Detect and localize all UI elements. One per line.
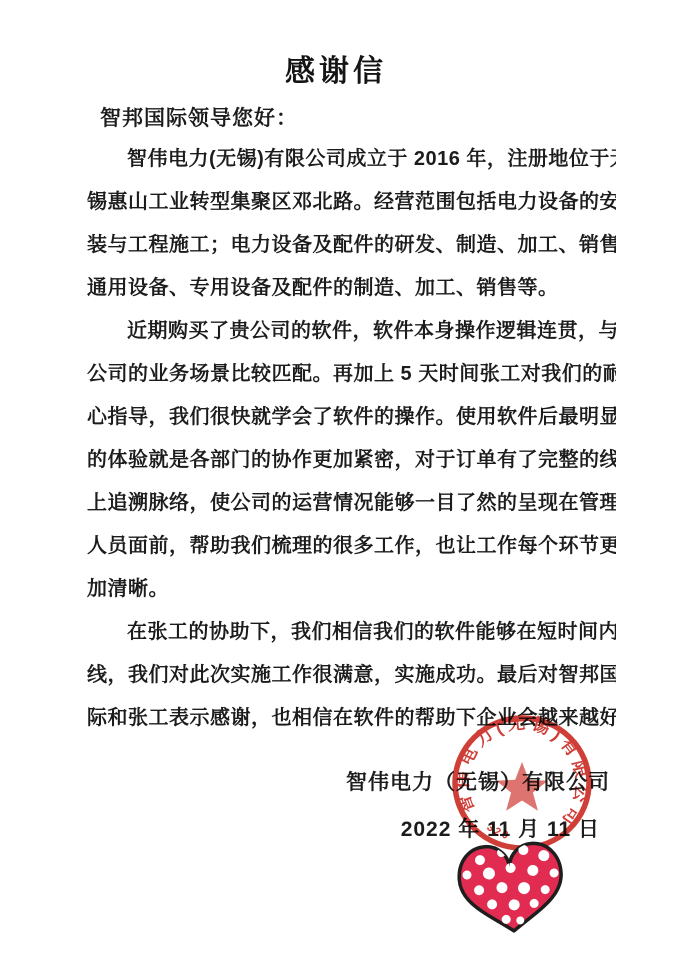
salutation: 智邦国际领导您好： (100, 102, 298, 132)
company-seal-stamp: 智伟电力(无锡)有限公司 320 (449, 713, 595, 855)
body-line: 通用设备、专用设备及配件的制造、加工、销售等。 (87, 267, 616, 310)
body-line: 公司的业务场景比较匹配。再加上 5 天时间张工对我们的耐 (87, 353, 616, 396)
body-line: 智伟电力(无锡)有限公司成立于 2016 年，注册地位于无 (87, 138, 616, 181)
body-line: 线，我们对此次实施工作很满意，实施成功。最后对智邦国 (87, 654, 616, 697)
letter-title: 感谢信 (0, 46, 672, 90)
body-line: 上追溯脉络，使公司的运营情况能够一目了然的呈现在管理 (87, 482, 616, 525)
body-line: 近期购买了贵公司的软件，软件本身操作逻辑连贯，与 (87, 310, 616, 353)
body-line: 锡惠山工业转型集聚区邓北路。经营范围包括电力设备的安 (87, 181, 616, 224)
letter-body: 智伟电力(无锡)有限公司成立于 2016 年，注册地位于无锡惠山工业转型集聚区邓… (87, 138, 616, 740)
body-line: 的体验就是各部门的协作更加紧密，对于订单有了完整的线 (87, 439, 616, 482)
heart-sticker (449, 836, 573, 940)
body-line: 心指导，我们很快就学会了软件的操作。使用软件后最明显 (87, 396, 616, 439)
letter-page: 感谢信 智邦国际领导您好： 智伟电力(无锡)有限公司成立于 2016 年，注册地… (0, 0, 700, 979)
body-line: 在张工的协助下，我们相信我们的软件能够在短时间内上 (87, 611, 616, 654)
body-line: 装与工程施工；电力设备及配件的研发、制造、加工、销售； (87, 224, 616, 267)
body-line: 人员面前，帮助我们梳理的很多工作，也让工作每个环节更 (87, 525, 616, 568)
seal-star-icon (496, 762, 547, 811)
body-line: 加清晰。 (87, 568, 616, 611)
